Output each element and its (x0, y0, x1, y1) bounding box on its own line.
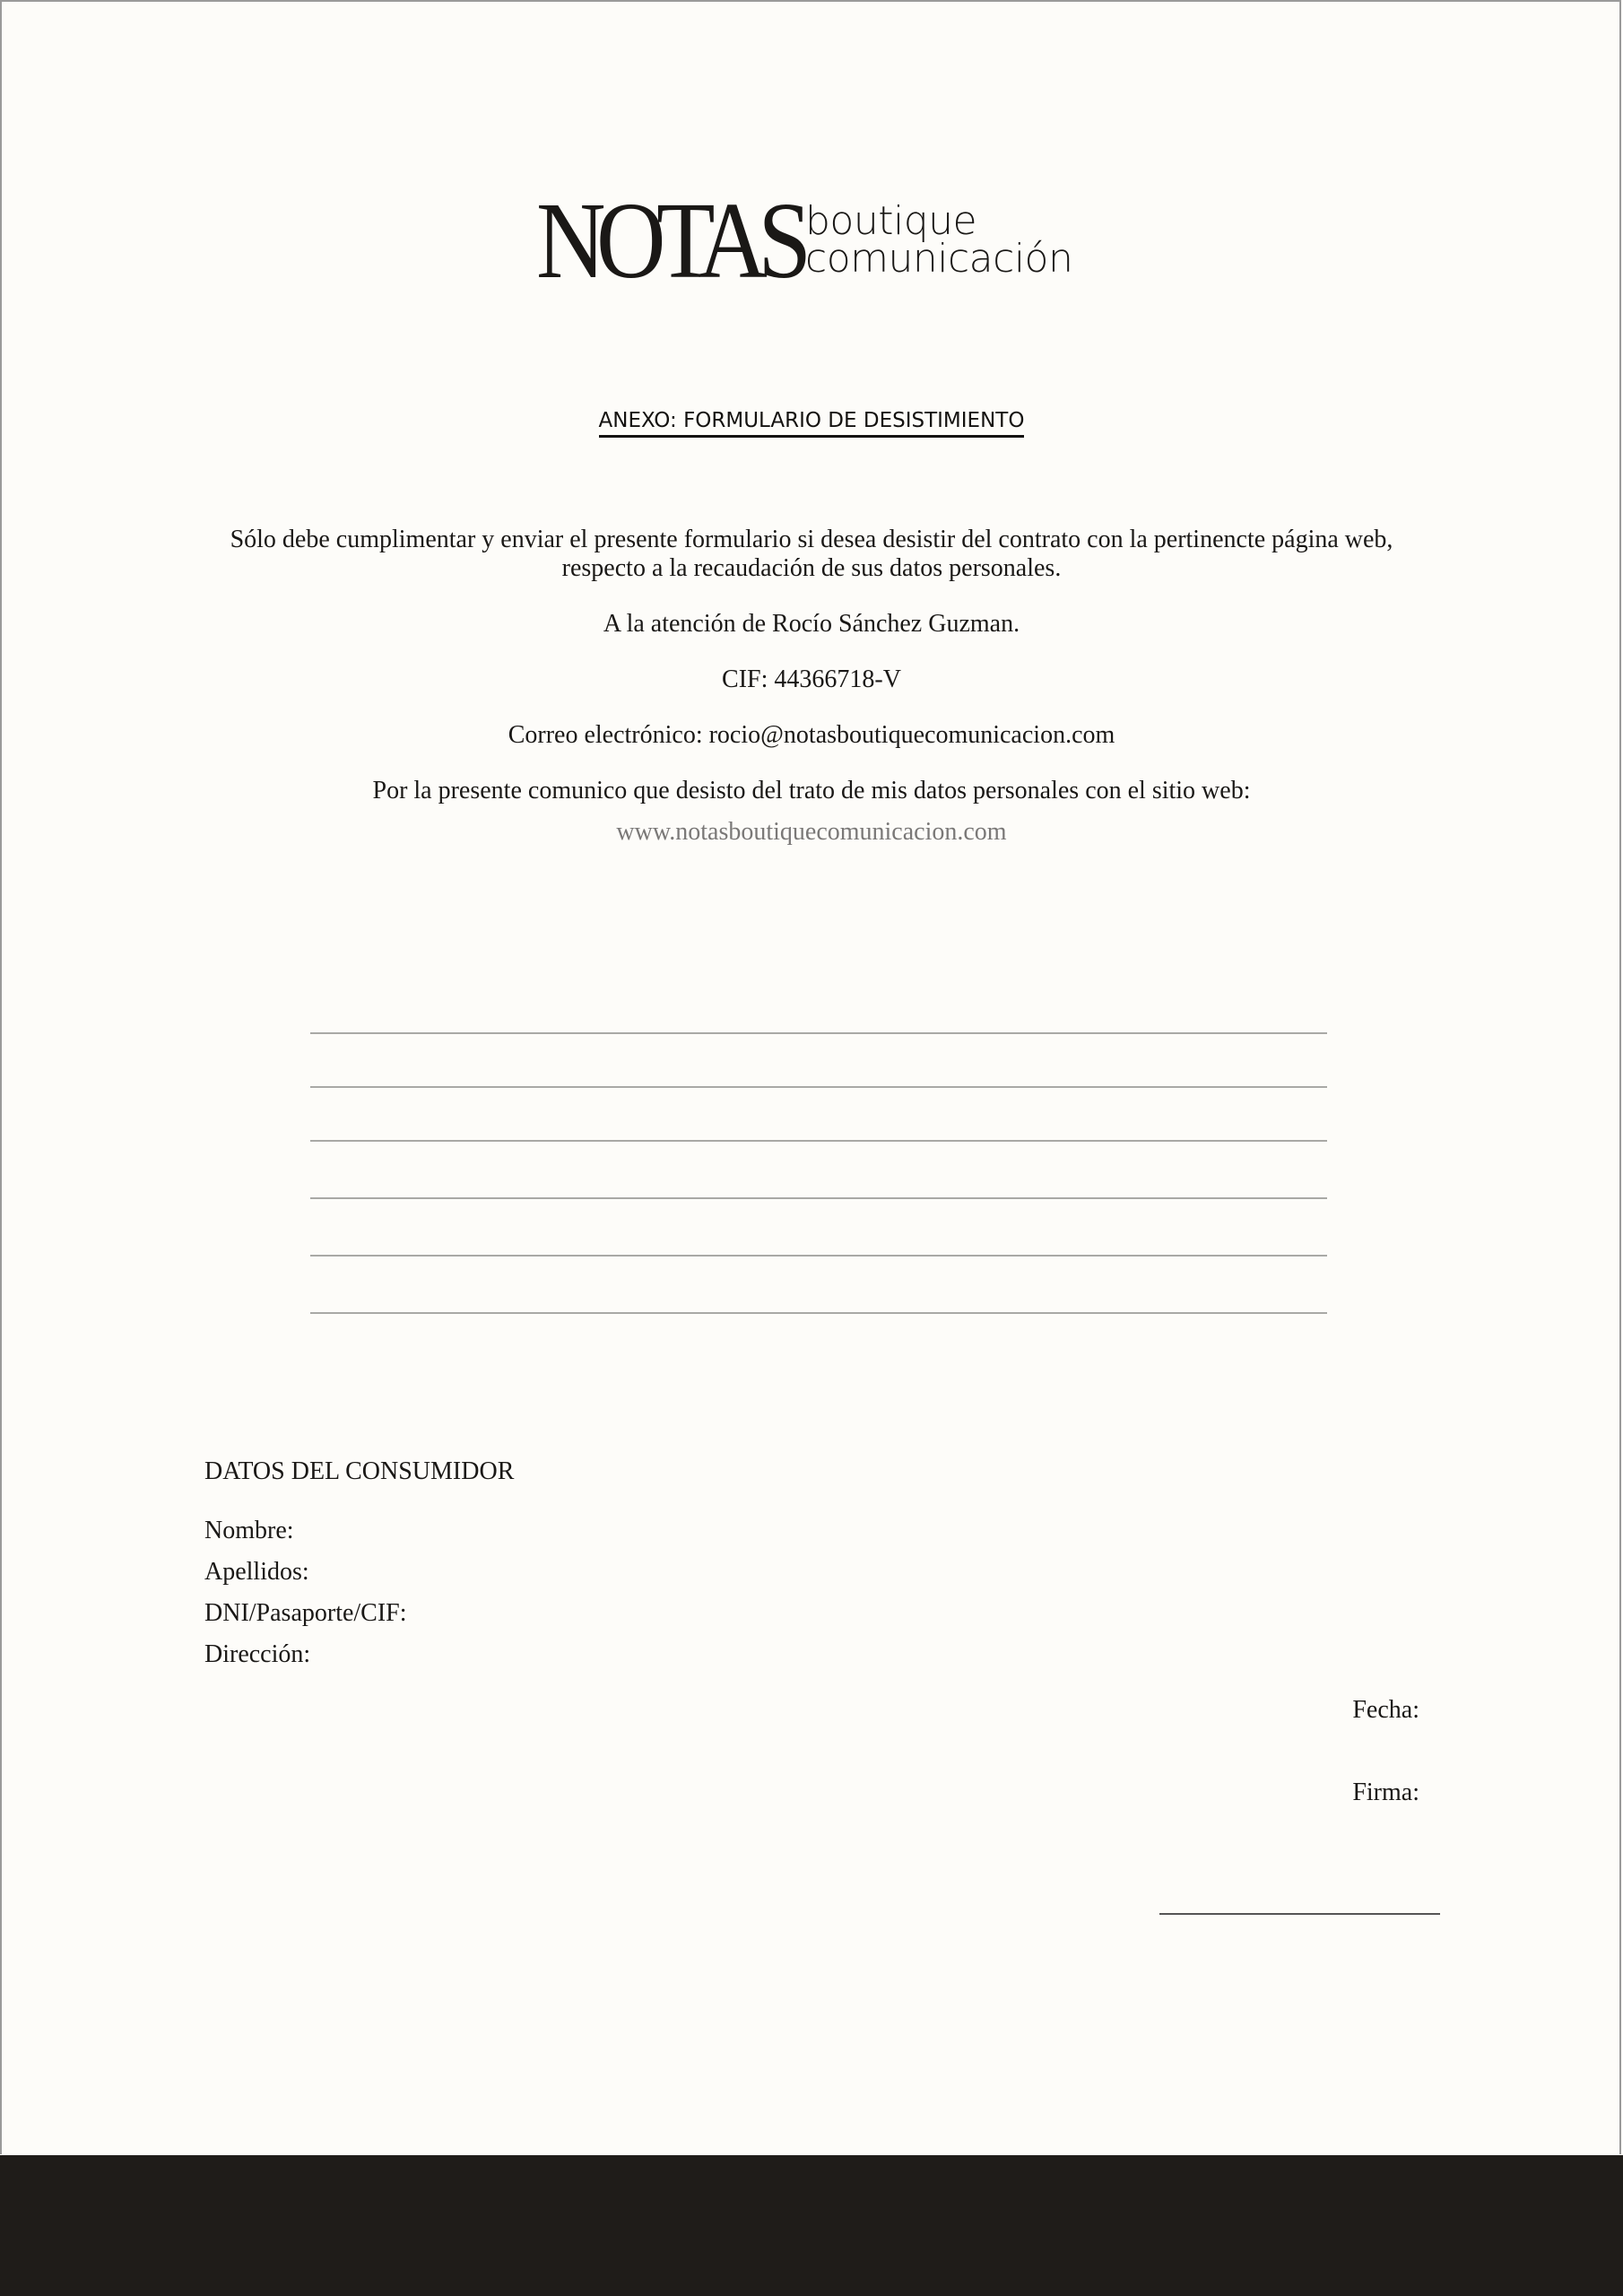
intro-line-2: respecto a la recaudación de sus datos p… (0, 554, 1623, 583)
signature-line (1159, 1913, 1440, 1915)
writing-line (310, 1140, 1327, 1142)
logo-wordmark: NOTAS (536, 187, 802, 296)
logo-subtitle: boutique comunicación (805, 203, 1072, 278)
field-dni: DNI/Pasaporte/CIF: (204, 1599, 407, 1628)
writing-line (310, 1197, 1327, 1199)
field-apellidos: Apellidos: (204, 1558, 309, 1587)
website-link[interactable]: www.notasboutiquecomunicacion.com (0, 818, 1623, 847)
document-title-wrap: ANEXO: FORMULARIO DE DESISTIMIENTO (0, 409, 1623, 432)
field-direccion: Dirección: (204, 1640, 310, 1669)
document-title: ANEXO: FORMULARIO DE DESISTIMIENTO (599, 409, 1025, 438)
writing-line (310, 1255, 1327, 1257)
footer-band (0, 2155, 1623, 2296)
writing-line (310, 1032, 1327, 1034)
email-line: Correo electrónico: rocio@notasboutiquec… (0, 721, 1623, 750)
brand-logo: NOTAS boutique comunicación (536, 199, 1092, 289)
logo-line-2: comunicación (805, 240, 1072, 278)
statement-line: Por la presente comunico que desisto del… (0, 777, 1623, 805)
writing-line (310, 1312, 1327, 1314)
field-nombre: Nombre: (204, 1517, 294, 1545)
consumer-heading: DATOS DEL CONSUMIDOR (204, 1457, 514, 1486)
intro-line-1: Sólo debe cumplimentar y enviar el prese… (0, 526, 1623, 554)
attention-line: A la atención de Rocío Sánchez Guzman. (0, 610, 1623, 639)
cif-line: CIF: 44366718-V (0, 665, 1623, 694)
logo-line-1: boutique (805, 203, 1072, 240)
page-frame (0, 0, 1621, 2154)
date-label: Fecha: (1352, 1696, 1419, 1725)
writing-line (310, 1086, 1327, 1088)
signature-label: Firma: (1352, 1779, 1419, 1807)
